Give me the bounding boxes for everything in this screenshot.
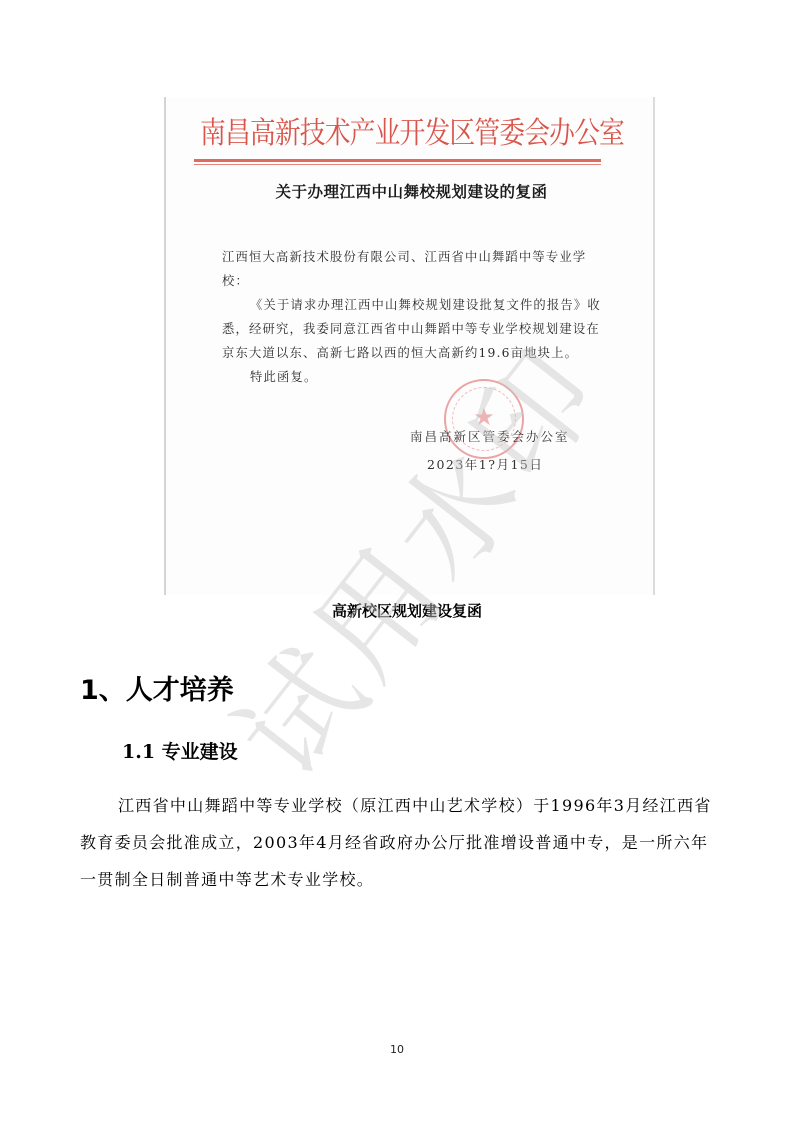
section-heading: 1、人才培养	[80, 668, 234, 707]
letter-body: 江西恒大高新技术股份有限公司、江西省中山舞蹈中等专业学校： 《关于请求办理江西中…	[222, 245, 602, 389]
letter-content: 《关于请求办理江西中山舞校规划建设批复文件的报告》收悉，经研究，我委同意江西省中…	[222, 293, 602, 365]
subsection-heading: 1.1 专业建设	[122, 737, 238, 764]
letter-addressee: 江西恒大高新技术股份有限公司、江西省中山舞蹈中等专业学校：	[222, 245, 602, 293]
page-number: 10	[0, 1043, 794, 1056]
letter-closing: 特此函复。	[222, 365, 602, 389]
official-seal-icon: ★	[444, 379, 524, 459]
letterhead-title: 南昌高新技术产业开发区管委会办公室	[200, 115, 606, 153]
scanned-letter-image: 南昌高新技术产业开发区管委会办公室 关于办理江西中山舞校规划建设的复函 江西恒大…	[164, 97, 655, 595]
letter-title: 关于办理江西中山舞校规划建设的复函	[166, 180, 657, 202]
letterhead-rule-thick	[194, 159, 601, 162]
figure-caption: 高新校区规划建设复函	[0, 600, 794, 621]
body-paragraph: 江西省中山舞蹈中等专业学校（原江西中山艺术学校）于1996年3月经江西省教育委员…	[80, 787, 720, 898]
letterhead-rule-thin	[194, 164, 601, 165]
signature-date: 2023年1?月15日	[427, 455, 543, 473]
signature-organization: 南昌高新区管委会办公室	[410, 427, 570, 445]
